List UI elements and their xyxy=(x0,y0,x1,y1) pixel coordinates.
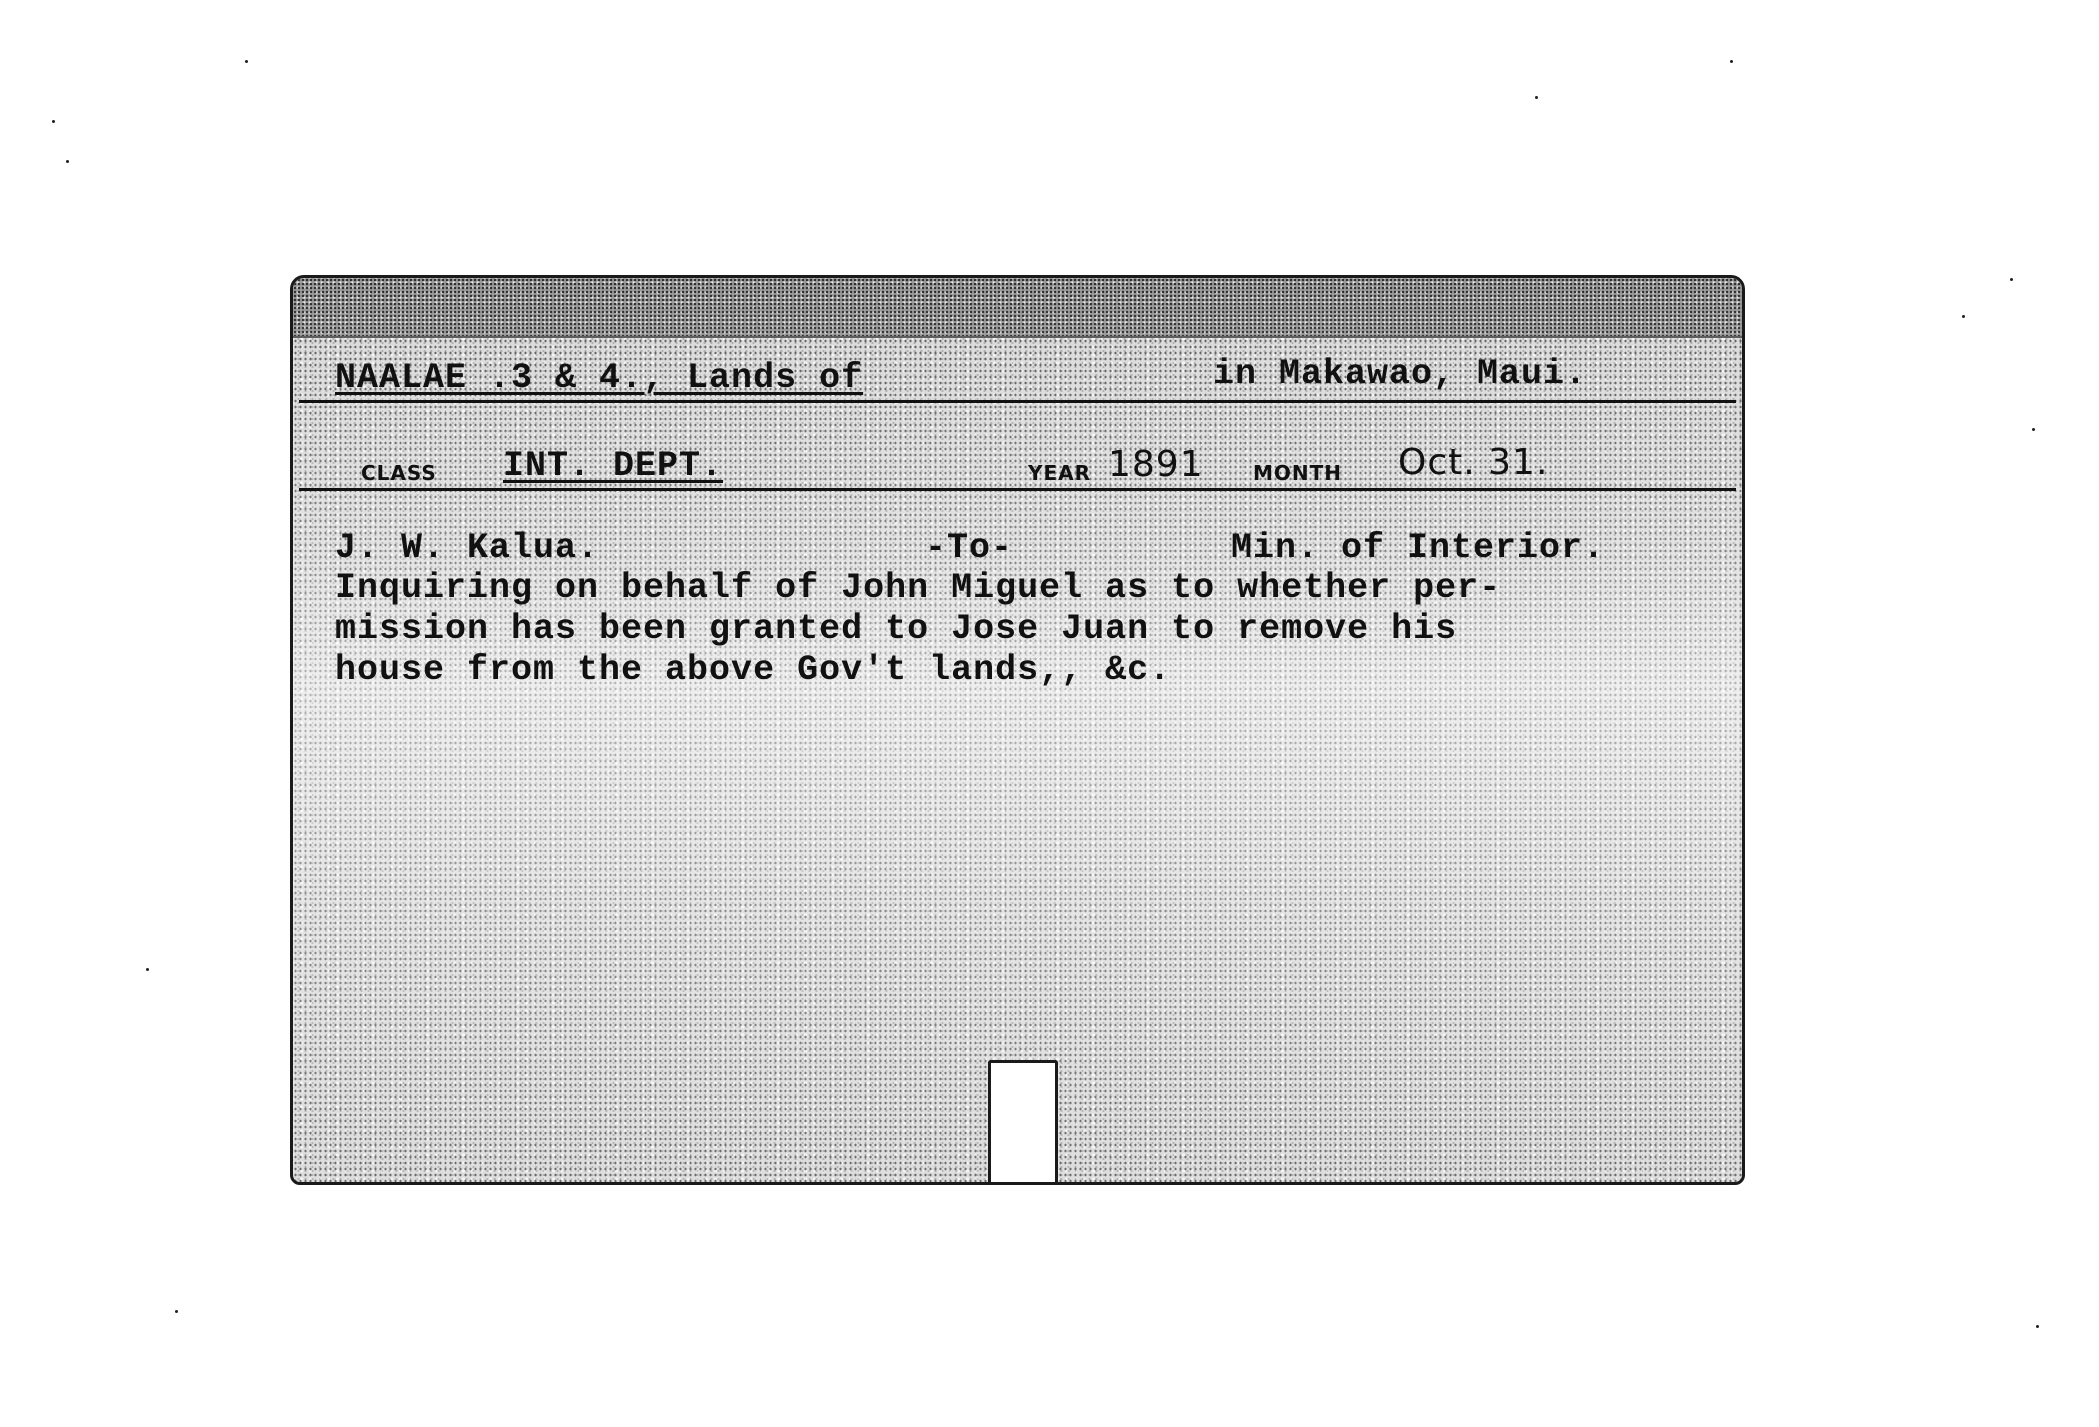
index-card: NAALAE .3 & 4., Lands of in Makawao, Mau… xyxy=(290,275,1745,1185)
scan-speck xyxy=(1535,96,1538,99)
card-top-band xyxy=(293,278,1742,338)
card-location: in Makawao, Maui. xyxy=(1213,354,1587,394)
correspondence-to: Min. of Interior. xyxy=(1231,528,1605,568)
scan-speck xyxy=(146,968,149,971)
class-rule xyxy=(299,488,1736,491)
scan-texture xyxy=(293,278,1742,1182)
month-value: Oct. 31. xyxy=(1398,442,1548,483)
scan-speck xyxy=(2036,1325,2039,1328)
year-value: 1891 xyxy=(1108,444,1204,485)
scan-speck xyxy=(245,60,248,63)
body-line: mission has been granted to Jose Juan to… xyxy=(335,609,1501,650)
class-label: CLASS xyxy=(361,461,437,485)
body-line: Inquiring on behalf of John Miguel as to… xyxy=(335,568,1501,609)
scan-speck xyxy=(2010,278,2013,281)
scan-speck xyxy=(66,160,69,163)
card-body: Inquiring on behalf of John Miguel as to… xyxy=(335,568,1501,691)
year-label: YEAR xyxy=(1028,461,1091,485)
month-label: MONTH xyxy=(1253,461,1342,485)
scan-speck xyxy=(1730,60,1733,63)
scan-speck xyxy=(52,120,55,123)
class-value: INT. DEPT. xyxy=(503,446,723,486)
scan-speck xyxy=(175,1310,178,1313)
card-subject: NAALAE .3 & 4., Lands of xyxy=(335,358,863,398)
body-line: house from the above Gov't lands,, &c. xyxy=(335,650,1501,691)
title-rule xyxy=(299,400,1736,403)
scan-speck xyxy=(1962,315,1965,318)
scan-speck xyxy=(2032,428,2035,431)
card-rod-notch xyxy=(988,1060,1058,1185)
correspondence-to-marker: -To- xyxy=(925,528,1013,568)
correspondence-from: J. W. Kalua. xyxy=(335,528,599,568)
